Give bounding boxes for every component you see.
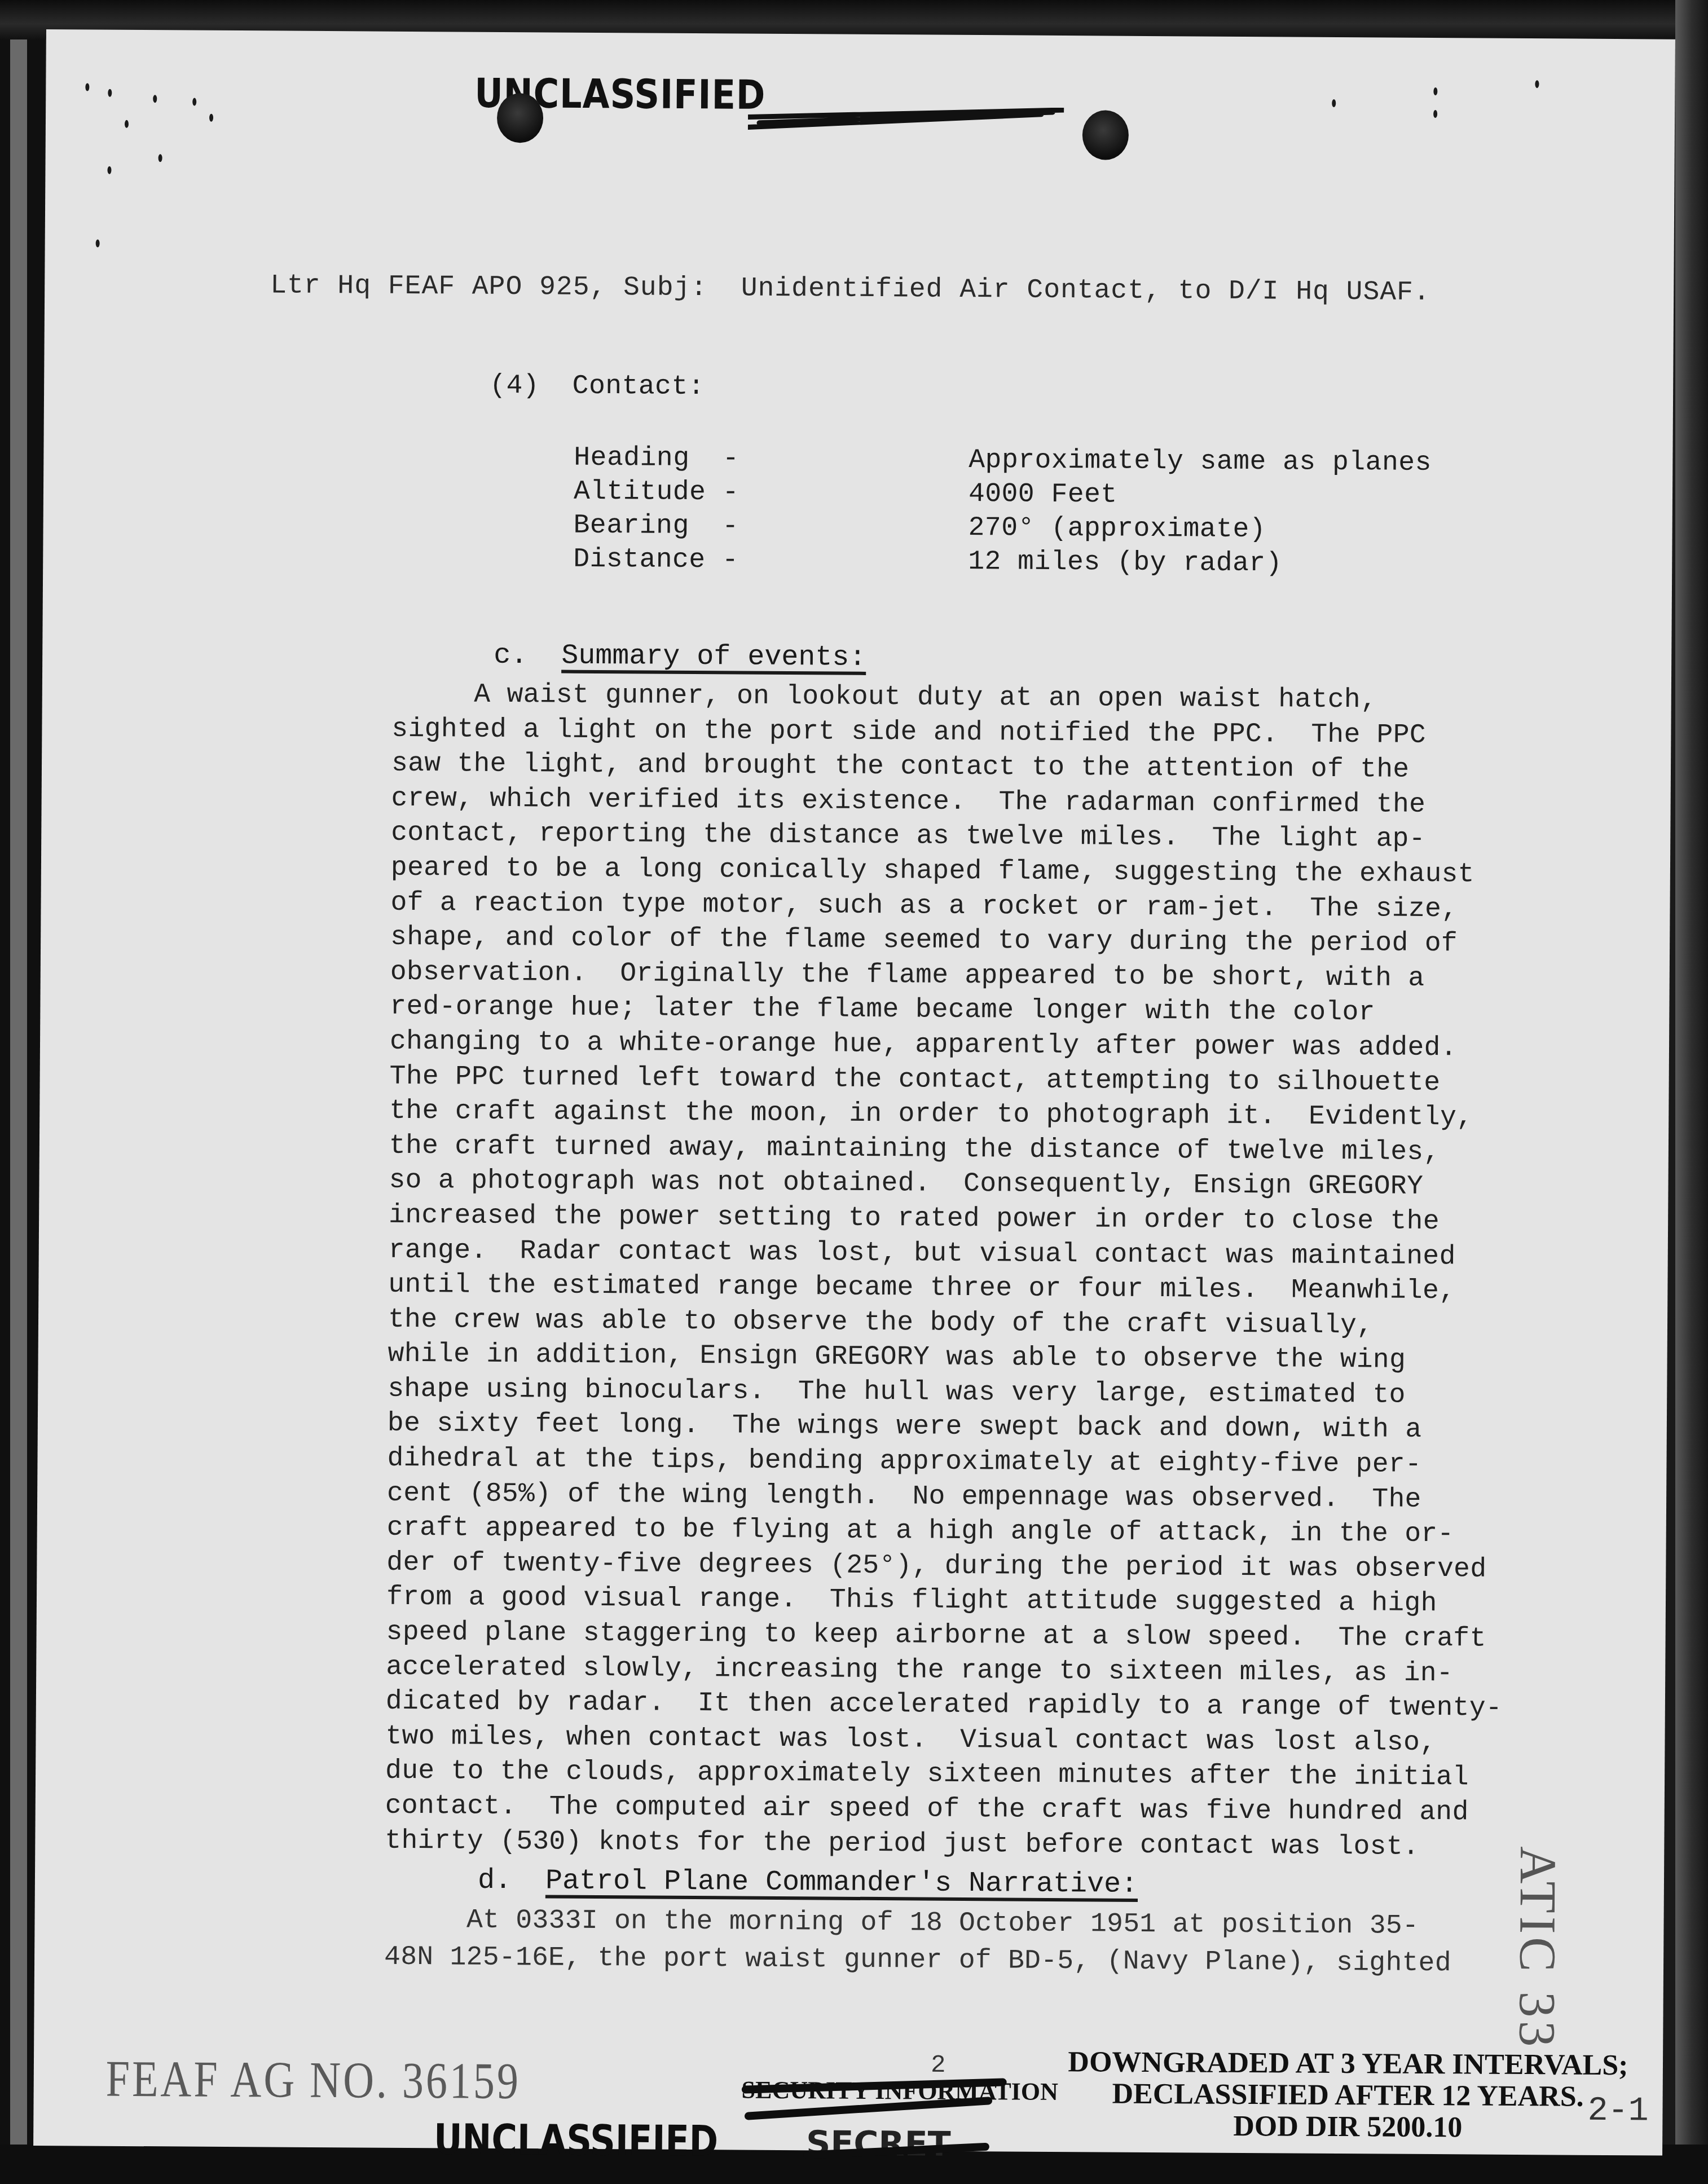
feaf-ag-number-stamp: FEAF AG NO. 36159 [105,2050,521,2111]
atic-margin-stamp: ATIC 33 [1507,1846,1568,2050]
contact-label: (4) Contact: [490,371,705,402]
contact-value: 4000 Feet [969,479,1117,510]
downgrade-line: DOWNGRADED AT 3 YEAR INTERVALS; [1044,2046,1653,2082]
downgrade-line: DOD DIR 5200.10 [1043,2110,1652,2145]
scan-speck [159,154,162,162]
scan-speck [1433,87,1437,95]
scan-speck [96,240,100,248]
document-page: UNCLASSIFIED Ltr Hq FEAF APO 925, Subj: … [33,29,1675,2156]
scan-speck [192,98,196,106]
letter-header: Ltr Hq FEAF APO 925, Subj: Unidentified … [270,270,1430,308]
page-number: 2 [931,2051,946,2080]
scan-speck [1433,110,1437,118]
section-d-title: Patrol Plane Commander's Narrative: [545,1865,1138,1900]
handwritten-margin-mark: 2-1 [1587,2092,1648,2131]
narrative-paragraph: At 0333I on the morning of 18 October 19… [384,1901,1569,1983]
contact-field: Heading - [574,443,739,474]
downgrade-stamp: DOWNGRADED AT 3 YEAR INTERVALS; DECLASSI… [1043,2046,1653,2145]
scan-left-strip [10,0,27,2184]
scan-speck [1535,80,1539,88]
scan-speck [1332,99,1336,107]
scan-speck [107,166,111,174]
scan-speck [209,114,213,122]
contact-field: Bearing - [573,510,738,542]
classification-stamp-bottom: UNCLASSIFIED [434,2115,719,2166]
section-c-letter: c. [494,640,527,672]
punch-hole-icon [497,93,544,143]
contact-value: 12 miles (by radar) [968,547,1282,579]
summary-paragraph: A waist gunner, on lookout duty at an op… [385,677,1577,1866]
scan-speck [108,89,112,97]
contact-field: Distance - [573,544,738,576]
downgrade-line: DECLASSIFIED AFTER 12 YEARS. [1044,2078,1653,2113]
struck-secret-marking: SECRET [806,2124,951,2164]
punch-hole-icon [1082,110,1129,160]
contact-value: Approximately same as planes [969,445,1432,478]
contact-field: Altitude - [574,477,739,508]
section-c-title: Summary of events: [561,640,866,674]
narrative-line: 48N 125-16E, the port waist gunner of BD… [384,1939,1569,1983]
scan-right-edge [1675,0,1708,2184]
pen-scrawl-icon [748,106,1064,136]
scan-speck [125,120,129,128]
scan-speck [153,95,157,103]
contact-value: 270° (approximate) [968,513,1266,545]
scan-speck [85,83,89,91]
section-d-letter: d. [478,1865,512,1897]
